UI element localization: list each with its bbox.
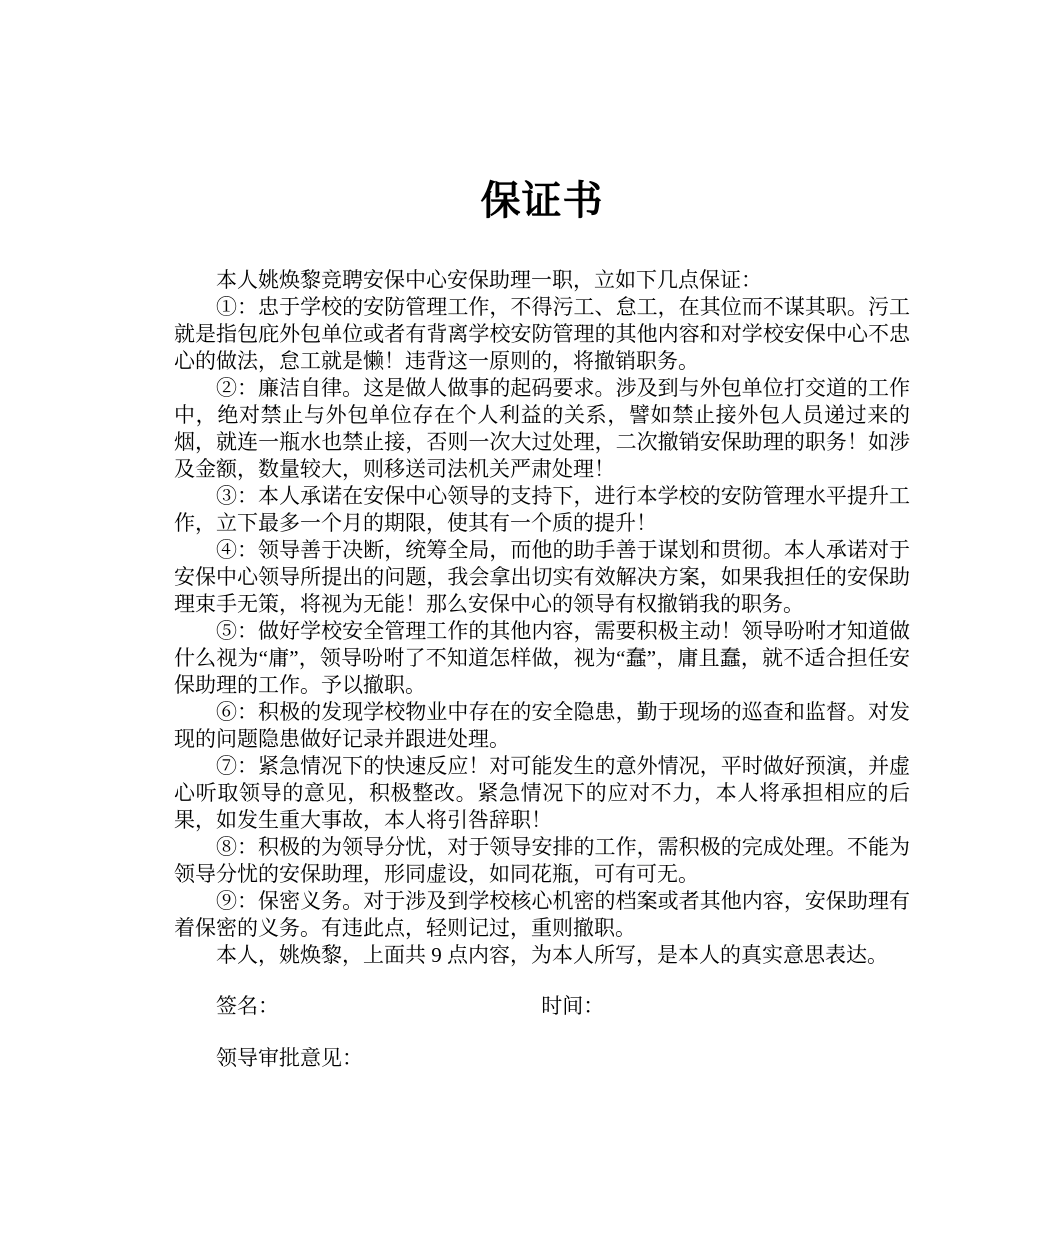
- closing-statement: 本人，姚焕黎，上面共 9 点内容，为本人所写，是本人的真实意思表达。: [174, 942, 910, 969]
- guarantee-item-4: ④：领导善于决断，统筹全局，而他的助手善于谋划和贯彻。本人承诺对于安保中心领导所…: [174, 537, 910, 618]
- document-title: 保证书: [174, 181, 910, 221]
- signature-label: 签名：: [216, 994, 279, 1018]
- guarantee-item-7: ⑦：紧急情况下的快速反应！对可能发生的意外情况，平时做好预演，并虚心听取领导的意…: [174, 753, 910, 834]
- guarantee-item-5: ⑤：做好学校安全管理工作的其他内容，需要积极主动！领导吩咐才知道做什么视为“庸”…: [174, 618, 910, 699]
- guarantee-item-1: ①：忠于学校的安防管理工作，不得污工、怠工，在其位而不谋其职。污工就是指包庇外包…: [174, 294, 910, 375]
- document-page: 保证书 本人姚焕黎竞聘安保中心安保助理一职，立如下几点保证： ①：忠于学校的安防…: [0, 0, 1060, 1237]
- time-label: 时间：: [541, 994, 604, 1018]
- document-content: 保证书 本人姚焕黎竞聘安保中心安保助理一职，立如下几点保证： ①：忠于学校的安防…: [174, 0, 910, 1072]
- guarantee-item-2: ②：廉洁自律。这是做人做事的起码要求。涉及到与外包单位打交道的工作中，绝对禁止与…: [174, 375, 910, 483]
- guarantee-item-6: ⑥：积极的发现学校物业中存在的安全隐患，勤于现场的巡查和监督。对发现的问题隐患做…: [174, 699, 910, 753]
- guarantee-item-3: ③：本人承诺在安保中心领导的支持下，进行本学校的安防管理水平提升工作，立下最多一…: [174, 483, 910, 537]
- signature-line: 签名： 时间：: [174, 993, 910, 1020]
- guarantee-item-9: ⑨：保密义务。对于涉及到学校核心机密的档案或者其他内容，安保助理有着保密的义务。…: [174, 888, 910, 942]
- approval-line: 领导审批意见：: [174, 1045, 910, 1072]
- approval-label: 领导审批意见：: [216, 1046, 363, 1070]
- intro-paragraph: 本人姚焕黎竞聘安保中心安保助理一职，立如下几点保证：: [174, 267, 910, 294]
- guarantee-item-8: ⑧：积极的为领导分忧，对于领导安排的工作，需积极的完成处理。不能为领导分忧的安保…: [174, 834, 910, 888]
